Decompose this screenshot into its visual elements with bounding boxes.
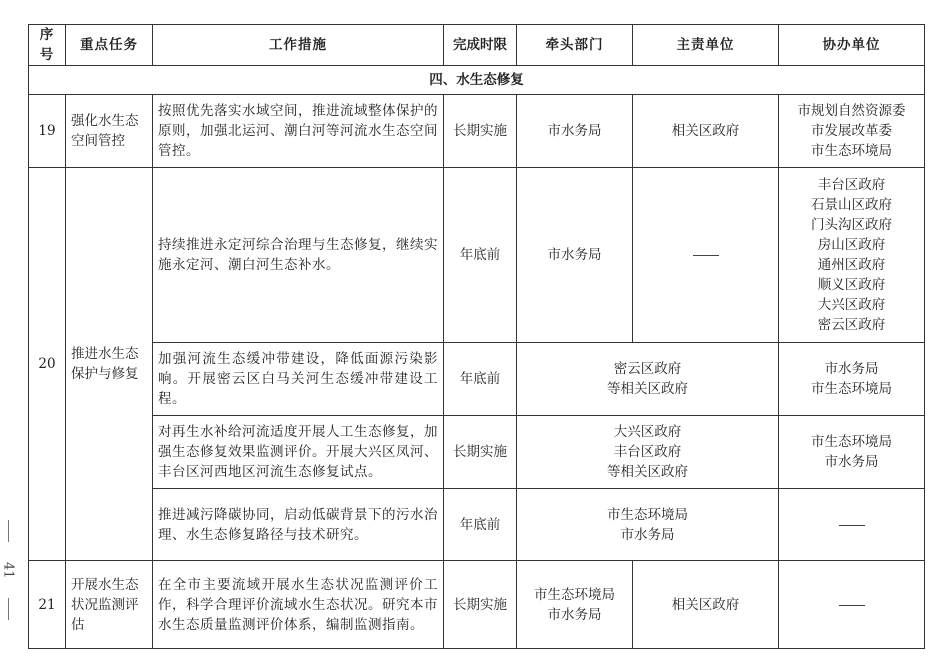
table-row: 19 强化水生态空间管控 按照优先落实水域空间，推进流域整体保护的原则，加强北运… (29, 95, 925, 168)
assist-unit: 石景山区政府 (784, 195, 919, 215)
unit: 大兴区政府 (522, 422, 773, 442)
row-lead: 市生态环境局 市水务局 (517, 561, 633, 649)
row-task: 开展水生态状况监测评估 (66, 561, 153, 649)
row-lead-responsible: 大兴区政府 丰台区政府 等相关区政府 (517, 416, 779, 489)
header-assisting-unit: 协办单位 (779, 25, 925, 66)
assist-unit: 市水务局 (784, 359, 919, 379)
row-deadline: 长期实施 (444, 561, 517, 649)
header-lead-dept: 牵头部门 (517, 25, 633, 66)
row-responsible: 相关区政府 (633, 561, 779, 649)
unit: 市水务局 (522, 525, 773, 545)
row-deadline: 长期实施 (444, 95, 517, 168)
table-row: 推进减污降碳协同，启动低碳背景下的污水治理、水生态修复路径与技术研究。 年底前 … (29, 489, 925, 561)
row-measure: 对再生水补给河流适度开展人工生态修复，加强生态修复效果监测评价。开展大兴区凤河、… (153, 416, 444, 489)
header-index: 序号 (29, 25, 66, 66)
row-measure: 推进减污降碳协同，启动低碳背景下的污水治理、水生态修复路径与技术研究。 (153, 489, 444, 561)
assist-unit: 门头沟区政府 (784, 215, 919, 235)
assist-unit: 市水务局 (784, 452, 919, 472)
row-deadline: 年底前 (444, 168, 517, 343)
assist-unit: 房山区政府 (784, 235, 919, 255)
assist-unit: 市生态环境局 (784, 379, 919, 399)
header-deadline: 完成时限 (444, 25, 517, 66)
table-row: 21 开展水生态状况监测评估 在全市主要流域开展水生态状况监测评价工作，科学合理… (29, 561, 925, 649)
page-number-rule-bottom (8, 598, 9, 620)
row-task: 推进水生态保护与修复 (66, 168, 153, 561)
lead-unit: 市生态环境局 (522, 585, 627, 605)
row-deadline: 长期实施 (444, 416, 517, 489)
row-deadline: 年底前 (444, 343, 517, 416)
unit: 等相关区政府 (522, 462, 773, 482)
row-deadline: 年底前 (444, 489, 517, 561)
unit: 密云区政府 (522, 359, 773, 379)
row-index: 19 (29, 95, 66, 168)
section-row: 四、水生态修复 (29, 66, 925, 95)
header-task: 重点任务 (66, 25, 153, 66)
table-row: 20 推进水生态保护与修复 持续推进永定河综合治理与生态修复，继续实施永定河、潮… (29, 168, 925, 343)
row-index: 21 (29, 561, 66, 649)
row-assist (779, 561, 925, 649)
table-row: 加强河流生态缓冲带建设，降低面源污染影响。开展密云区白马关河生态缓冲带建设工程。… (29, 343, 925, 416)
row-measure: 按照优先落实水域空间，推进流域整体保护的原则，加强北运河、潮白河等河流水生态空间… (153, 95, 444, 168)
table-row: 对再生水补给河流适度开展人工生态修复，加强生态修复效果监测评价。开展大兴区凤河、… (29, 416, 925, 489)
section-title: 四、水生态修复 (29, 66, 925, 95)
header-measures: 工作措施 (153, 25, 444, 66)
unit: 丰台区政府 (522, 442, 773, 462)
row-assist: 市水务局 市生态环境局 (779, 343, 925, 416)
header-row: 序号 重点任务 工作措施 完成时限 牵头部门 主责单位 协办单位 (29, 25, 925, 66)
assist-unit: 密云区政府 (784, 315, 919, 335)
row-assist: 丰台区政府 石景山区政府 门头沟区政府 房山区政府 通州区政府 顺义区政府 大兴… (779, 168, 925, 343)
assist-unit: 大兴区政府 (784, 295, 919, 315)
row-task: 强化水生态空间管控 (66, 95, 153, 168)
row-responsible (633, 168, 779, 343)
assist-unit: 市生态环境局 (784, 141, 919, 161)
row-assist: 市规划自然资源委 市发展改革委 市生态环境局 (779, 95, 925, 168)
unit: 市生态环境局 (522, 505, 773, 525)
page-number: 41 (0, 520, 16, 620)
assist-unit: 市生态环境局 (784, 432, 919, 452)
row-assist (779, 489, 925, 561)
header-responsible-unit: 主责单位 (633, 25, 779, 66)
row-lead-responsible: 市生态环境局 市水务局 (517, 489, 779, 561)
row-index: 20 (29, 168, 66, 561)
page-number-rule-top (8, 520, 9, 542)
unit: 等相关区政府 (522, 379, 773, 399)
page-number-text: 41 (1, 562, 16, 579)
assist-unit: 通州区政府 (784, 255, 919, 275)
row-responsible: 相关区政府 (633, 95, 779, 168)
row-measure: 持续推进永定河综合治理与生态修复，继续实施永定河、潮白河生态补水。 (153, 168, 444, 343)
assist-unit: 丰台区政府 (784, 175, 919, 195)
row-measure: 加强河流生态缓冲带建设，降低面源污染影响。开展密云区白马关河生态缓冲带建设工程。 (153, 343, 444, 416)
row-lead: 市水务局 (517, 168, 633, 343)
row-measure: 在全市主要流域开展水生态状况监测评价工作，科学合理评价流域水生态状况。研究本市水… (153, 561, 444, 649)
empty-dash (839, 605, 865, 606)
row-lead: 市水务局 (517, 95, 633, 168)
empty-dash (839, 525, 865, 526)
task-table: 序号 重点任务 工作措施 完成时限 牵头部门 主责单位 协办单位 四、水生态修复… (28, 24, 925, 649)
empty-dash (693, 255, 719, 256)
assist-unit: 市规划自然资源委 (784, 101, 919, 121)
row-lead-responsible: 密云区政府 等相关区政府 (517, 343, 779, 416)
row-assist: 市生态环境局 市水务局 (779, 416, 925, 489)
assist-unit: 市发展改革委 (784, 121, 919, 141)
lead-unit: 市水务局 (522, 605, 627, 625)
assist-unit: 顺义区政府 (784, 275, 919, 295)
